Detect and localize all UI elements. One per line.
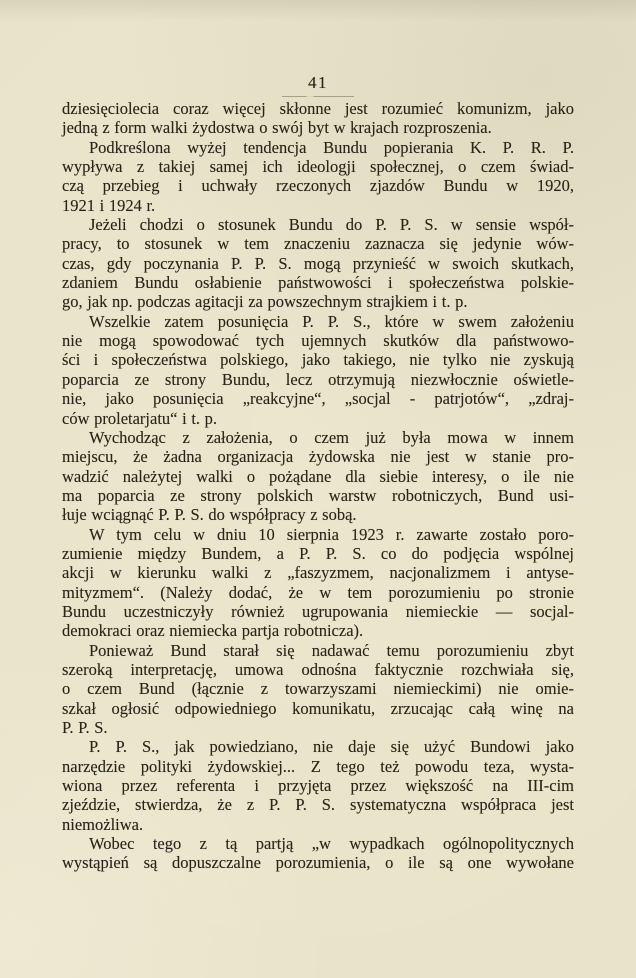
text-line: miejscu, że żadna organizacja żydowska n…	[62, 447, 574, 466]
text-line: szkał ogłosić odpowiedniego komunikatu, …	[62, 699, 574, 718]
text-line: mityzmem“. (Należy dodać, że w tem poroz…	[62, 583, 574, 602]
book-page: 41 dziesięciolecia coraz więcej skłonne …	[0, 0, 636, 978]
text-line: łuje wciągnąć P. P. S. do współpracy z s…	[62, 505, 574, 524]
text-line: jedną z form walki żydostwa o swój byt w…	[62, 118, 574, 137]
text-line: zdaniem Bundu osłabienie państwowości i …	[62, 273, 574, 292]
text-line: pracy, to stosunek w tem znaczeniu zazna…	[62, 234, 574, 253]
text-line: o czem Bund (łącznie z towarzyszami niem…	[62, 679, 574, 698]
page-number: 41	[0, 73, 636, 93]
paragraph: Podkreślona wyżej tendencja Bundu popier…	[62, 138, 574, 215]
paragraph: Jeżeli chodzi o stosunek Bundu do P. P. …	[62, 215, 574, 312]
text-line: poparcia ze strony Bundu, lecz otrzymują…	[62, 370, 574, 389]
page-number-rule	[282, 96, 354, 97]
text-line: wiona przez referenta i przyjęta przez w…	[62, 776, 574, 795]
text-line: P. P. S.	[62, 718, 574, 737]
text-line: nie, jako posunięcia „reakcyjne“, „socja…	[62, 389, 574, 408]
text-line: ców proletarjatu“ i t. p.	[62, 409, 574, 428]
text-line: Podkreślona wyżej tendencja Bundu popier…	[62, 138, 574, 157]
text-line: P. P. S., jak powiedziano, nie daje się …	[62, 737, 574, 756]
paragraph: P. P. S., jak powiedziano, nie daje się …	[62, 737, 574, 834]
text-line: Jeżeli chodzi o stosunek Bundu do P. P. …	[62, 215, 574, 234]
text-line: niemożliwa.	[62, 815, 574, 834]
text-line: Wszelkie zatem posunięcia P. P. S., któr…	[62, 312, 574, 331]
text-line: ści i społeczeństwa polskiego, jako taki…	[62, 350, 574, 369]
paragraph: Wszelkie zatem posunięcia P. P. S., któr…	[62, 312, 574, 428]
text-line: go, jak np. podczas agitacji za powszech…	[62, 292, 574, 311]
page-body: dziesięciolecia coraz więcej skłonne jes…	[62, 99, 574, 873]
text-line: Wychodząc z założenia, o czem już była m…	[62, 428, 574, 447]
paragraph: Ponieważ Bund starał się nadawać temu po…	[62, 641, 574, 738]
paragraph: Wobec tego z tą partją „w wypadkach ogól…	[62, 834, 574, 873]
page-header: 41	[0, 73, 636, 97]
text-line: wypływa z takiej samej ich ideologji spo…	[62, 157, 574, 176]
text-line: wystąpień są dopuszczalne porozumienia, …	[62, 853, 574, 872]
text-line: narzędzie polityki żydowskiej... Z tego …	[62, 757, 574, 776]
text-line: 1921 i 1924 r.	[62, 196, 574, 215]
text-line: Ponieważ Bund starał się nadawać temu po…	[62, 641, 574, 660]
text-line: zumienie między Bundem, a P. P. S. co do…	[62, 544, 574, 563]
text-line: dziesięciolecia coraz więcej skłonne jes…	[62, 99, 574, 118]
text-line: ma poparcia ze strony polskich warstw ro…	[62, 486, 574, 505]
text-line: czą przebieg i uchwały rzeczonych zjazdó…	[62, 176, 574, 195]
text-line: zjeździe, stwierdza, że z P. P. S. syste…	[62, 795, 574, 814]
paragraph: Wychodząc z założenia, o czem już była m…	[62, 428, 574, 525]
text-line: W tym celu w dniu 10 sierpnia 1923 r. za…	[62, 525, 574, 544]
text-line: Wobec tego z tą partją „w wypadkach ogól…	[62, 834, 574, 853]
text-line: Bundu uczestniczyły również ugrupowania …	[62, 602, 574, 621]
text-line: szeroką interpretację, umowa odnośna fak…	[62, 660, 574, 679]
text-line: nie mogą spowodować tych ujemnych skutkó…	[62, 331, 574, 350]
text-line: wadzić należytej walki o pożądane dla si…	[62, 467, 574, 486]
text-line: czas, gdy poczynania P. P. S. mogą przyn…	[62, 254, 574, 273]
text-line: akcji w kierunku walki z „faszyzmem, nac…	[62, 563, 574, 582]
paragraph: dziesięciolecia coraz więcej skłonne jes…	[62, 99, 574, 138]
text-line: demokraci oraz niemiecka partja robotnic…	[62, 621, 574, 640]
paragraph: W tym celu w dniu 10 sierpnia 1923 r. za…	[62, 525, 574, 641]
